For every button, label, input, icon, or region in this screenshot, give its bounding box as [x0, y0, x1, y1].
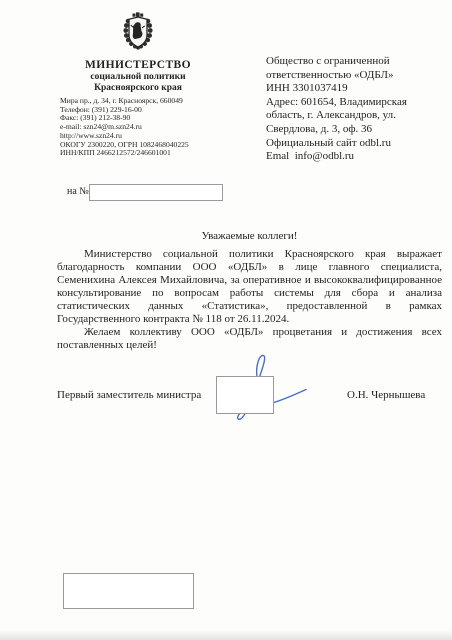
recipient-line: Общество с ограниченной: [266, 55, 431, 69]
recipient-line: область, г. Александров, ул.: [266, 109, 431, 123]
sender-letterhead: МИНИСТЕРСТВО социальной политики Красноя…: [52, 12, 224, 158]
ministry-name-line: Красноярского края: [52, 83, 224, 93]
krasnoyarsk-coat-of-arms-icon: [122, 12, 154, 57]
ministry-contact-line: ИНН/КПП 2466212572/246601001: [60, 149, 224, 158]
body-paragraph: Желаем коллективу ООО «ОДБЛ» процветания…: [57, 326, 442, 352]
salutation: Уважаемые коллеги!: [57, 230, 442, 243]
recipient-line: ответственностью «ОДБЛ»: [266, 69, 431, 83]
signer-name: О.Н. Чернышева: [347, 389, 425, 401]
recipient-line: Официальный сайт odbl.ru: [266, 137, 431, 151]
recipient-block: Общество с ограниченной ответственностью…: [266, 55, 431, 164]
signer-position-title: Первый заместитель министра: [57, 389, 201, 401]
recipient-line: Свердлова, д. 3, оф. 36: [266, 123, 431, 137]
ministry-name-line: социальной политики: [52, 72, 224, 82]
recipient-line: ИНН 3301037419: [266, 82, 431, 96]
signature-redaction-box: [216, 376, 274, 414]
ministry-contact-block: Мира пр., д. 34, г. Красноярск, 660049 Т…: [52, 97, 224, 158]
letter-body: Уважаемые коллеги! Министерство социальн…: [57, 230, 442, 352]
bottom-stamp-box: [63, 573, 194, 609]
scan-edge-shadow: [0, 630, 452, 640]
body-paragraph: Министерство социальной политики Красноя…: [57, 248, 442, 326]
recipient-line: Адрес: 601654, Владимирская: [266, 96, 431, 110]
ministry-name-line: МИНИСТЕРСТВО: [52, 60, 224, 71]
reference-label: на №: [67, 186, 89, 197]
letter-page: МИНИСТЕРСТВО социальной политики Красноя…: [0, 0, 452, 640]
recipient-line: Emal info@odbl.ru: [266, 150, 431, 164]
reference-number-box: [89, 184, 223, 201]
